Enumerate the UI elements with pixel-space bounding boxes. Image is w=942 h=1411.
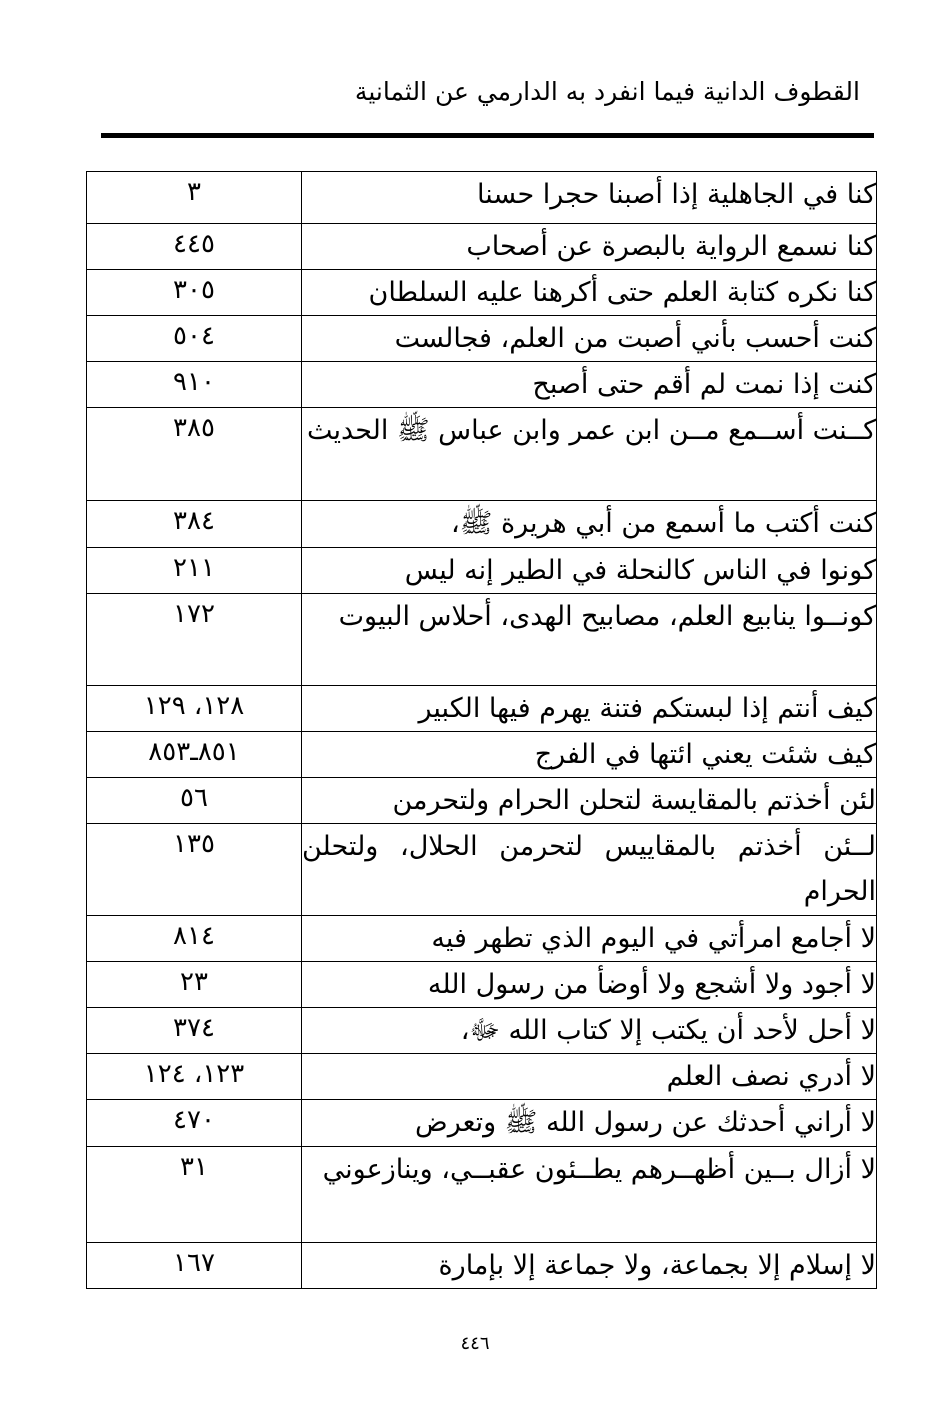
hadith-text-cell: كونوا في الناس كالنحلة في الطير إنه ليس [302, 548, 877, 594]
hadith-text-cell: كنا في الجاهلية إذا أصبنا حجرا حسنا [302, 172, 877, 224]
table-row: لا أجود ولا أشجع ولا أوضأ من رسول الله٢٣ [87, 962, 877, 1008]
page-reference-cell: ٤٧٠ [87, 1100, 302, 1147]
hadith-text-cell: كونــوا ينابيع العلم، مصابيح الهدى، أحلا… [302, 594, 877, 686]
table-row: كــنت أســمع مــن ابن عمر وابن عباس ﷺ ال… [87, 408, 877, 501]
hadith-text-cell: كنا نسمع الرواية بالبصرة عن أصحاب [302, 224, 877, 270]
table-row: كنت أكتب ما أسمع من أبي هريرة ﷺ،٣٨٤ [87, 501, 877, 548]
hadith-text-cell: لا أحل لأحد أن يكتب إلا كتاب الله ﷻ، [302, 1008, 877, 1054]
table-body: كنا في الجاهلية إذا أصبنا حجرا حسنا٣كنا … [87, 172, 877, 1289]
page-number: ٤٤٦ [420, 1333, 530, 1354]
page-reference-cell: ٣٨٥ [87, 408, 302, 501]
page-reference-cell: ١٢٣، ١٢٤ [87, 1054, 302, 1100]
hadith-text-cell: كــنت أســمع مــن ابن عمر وابن عباس ﷺ ال… [302, 408, 877, 501]
table-row: كونــوا ينابيع العلم، مصابيح الهدى، أحلا… [87, 594, 877, 686]
hadith-text-cell: لئن أخذتم بالمقايسة لتحلن الحرام ولتحرمن [302, 778, 877, 824]
table-row: كيف شئت يعني ائتها في الفرج٨٥١ـ٨٥٣ [87, 732, 877, 778]
page-reference-cell: ٥٠٤ [87, 316, 302, 362]
hadith-text-cell: كيف شئت يعني ائتها في الفرج [302, 732, 877, 778]
hadith-text-cell: لا أزال بــين أظهــرهم يطــئون عقبــي، و… [302, 1147, 877, 1243]
page-reference-cell: ٣١ [87, 1147, 302, 1243]
hadith-text-cell: كيف أنتم إذا لبستكم فتنة يهرم فيها الكبي… [302, 686, 877, 732]
table-row: لا أدري نصف العلم١٢٣، ١٢٤ [87, 1054, 877, 1100]
table-row: لا إسلام إلا بجماعة، ولا جماعة إلا بإمار… [87, 1243, 877, 1289]
hadith-text-cell: كنت إذا نمت لم أقم حتى أصبح [302, 362, 877, 408]
page-reference-cell: ٨١٤ [87, 916, 302, 962]
hadith-text-cell: كنت أحسب بأني أصبت من العلم، فجالست [302, 316, 877, 362]
page-reference-cell: ٩١٠ [87, 362, 302, 408]
page-reference-cell: ٨٥١ـ٨٥٣ [87, 732, 302, 778]
hadith-index-table: كنا في الجاهلية إذا أصبنا حجرا حسنا٣كنا … [86, 171, 877, 1289]
hadith-text-cell: لــئن أخذتم بالمقاييس لتحرمن الحلال، ولت… [302, 824, 877, 916]
table-row: كنا في الجاهلية إذا أصبنا حجرا حسنا٣ [87, 172, 877, 224]
page-reference-cell: ٣٧٤ [87, 1008, 302, 1054]
table-row: لا أجامع امرأتي في اليوم الذي تطهر فيه٨١… [87, 916, 877, 962]
table-row: لا أراني أحدثك عن رسول الله ﷺ وتعرض٤٧٠ [87, 1100, 877, 1147]
page-reference-cell: ١٦٧ [87, 1243, 302, 1289]
table-row: لا أحل لأحد أن يكتب إلا كتاب الله ﷻ،٣٧٤ [87, 1008, 877, 1054]
table-row: لا أزال بــين أظهــرهم يطــئون عقبــي، و… [87, 1147, 877, 1243]
table-row: كنت إذا نمت لم أقم حتى أصبح٩١٠ [87, 362, 877, 408]
hadith-text-cell: لا أجامع امرأتي في اليوم الذي تطهر فيه [302, 916, 877, 962]
page-reference-cell: ٣٨٤ [87, 501, 302, 548]
header-rule [101, 133, 874, 138]
page-reference-cell: ٢٣ [87, 962, 302, 1008]
table-row: لئن أخذتم بالمقايسة لتحلن الحرام ولتحرمن… [87, 778, 877, 824]
table-row: كنا نسمع الرواية بالبصرة عن أصحاب٤٤٥ [87, 224, 877, 270]
page-reference-cell: ٤٤٥ [87, 224, 302, 270]
page-reference-cell: ٣ [87, 172, 302, 224]
table-row: لــئن أخذتم بالمقاييس لتحرمن الحلال، ولت… [87, 824, 877, 916]
page-reference-cell: ١٧٢ [87, 594, 302, 686]
table-row: كنت أحسب بأني أصبت من العلم، فجالست٥٠٤ [87, 316, 877, 362]
hadith-text-cell: لا إسلام إلا بجماعة، ولا جماعة إلا بإمار… [302, 1243, 877, 1289]
hadith-text-cell: لا أدري نصف العلم [302, 1054, 877, 1100]
hadith-text-cell: كنا نكره كتابة العلم حتى أكرهنا عليه الس… [302, 270, 877, 316]
running-header-title: القطوف الدانية فيما انفرد به الدارمي عن … [160, 72, 860, 112]
hadith-text-cell: كنت أكتب ما أسمع من أبي هريرة ﷺ، [302, 501, 877, 548]
page-reference-cell: ١٣٥ [87, 824, 302, 916]
hadith-text-cell: لا أجود ولا أشجع ولا أوضأ من رسول الله [302, 962, 877, 1008]
table-row: كنا نكره كتابة العلم حتى أكرهنا عليه الس… [87, 270, 877, 316]
table-row: كيف أنتم إذا لبستكم فتنة يهرم فيها الكبي… [87, 686, 877, 732]
table-row: كونوا في الناس كالنحلة في الطير إنه ليس٢… [87, 548, 877, 594]
page-reference-cell: ١٢٨، ١٢٩ [87, 686, 302, 732]
page-reference-cell: ٥٦ [87, 778, 302, 824]
page-reference-cell: ٢١١ [87, 548, 302, 594]
hadith-text-cell: لا أراني أحدثك عن رسول الله ﷺ وتعرض [302, 1100, 877, 1147]
page-reference-cell: ٣٠٥ [87, 270, 302, 316]
